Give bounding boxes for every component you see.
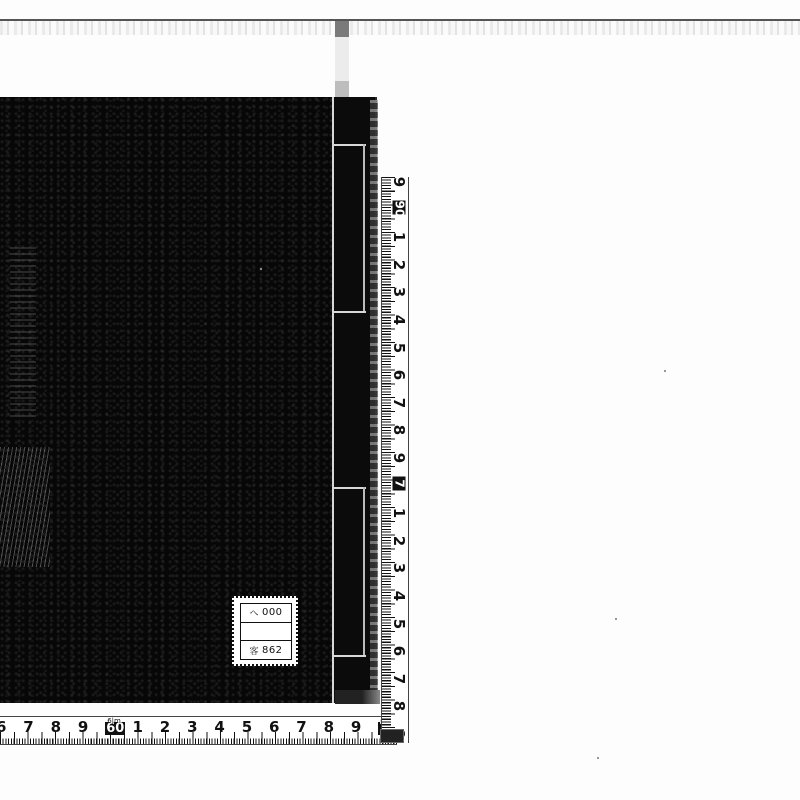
ruler-numeral: 3 xyxy=(390,285,408,299)
ruler-numeral: 9 xyxy=(351,718,361,736)
title-slip xyxy=(10,247,36,417)
ruler-numeral: 7 xyxy=(296,718,306,736)
page-edges xyxy=(370,100,378,700)
binding-stitch-2 xyxy=(334,311,366,313)
stitch-segment xyxy=(363,144,365,311)
catalog-label-frame: へ 000 客 862 xyxy=(240,603,292,660)
ruler-numeral: 2 xyxy=(160,718,170,736)
catalog-label-row-3: 客 862 xyxy=(241,641,291,659)
dust-speck xyxy=(664,370,666,372)
ruler-numeral: 9 xyxy=(390,451,408,465)
ruler-numeral: 6 xyxy=(390,644,408,658)
ruler-numeral: 7 xyxy=(390,672,408,686)
ruler-numeral: 8 xyxy=(390,423,408,437)
cover-worn-texture xyxy=(0,447,50,567)
stitch-segment xyxy=(363,487,365,655)
ruler-numeral: 7 xyxy=(393,476,406,490)
horizontal-ruler: 6789606|m12345678976 xyxy=(0,716,397,745)
label-mark: へ xyxy=(249,606,259,619)
ruler-numeral: 7 xyxy=(390,396,408,410)
ruler-numeral: 1 xyxy=(390,506,408,520)
catalog-label: へ 000 客 862 xyxy=(232,596,298,666)
scan-edge-band xyxy=(0,21,800,35)
vertical-ruler: 9901234567897123456789 xyxy=(381,177,409,743)
ruler-numeral: 1 xyxy=(133,718,143,736)
label-number: 862 xyxy=(262,645,283,656)
ruler-numeral: 6 xyxy=(0,718,6,736)
paper-flap xyxy=(335,21,349,101)
ruler-numeral: 8 xyxy=(51,718,61,736)
ruler-numeral: 6 xyxy=(269,718,279,736)
binding-thread-vertical xyxy=(332,97,334,703)
binding-stitch-3 xyxy=(334,487,366,489)
dust-speck xyxy=(597,757,599,759)
ruler-numeral: 2 xyxy=(390,534,408,548)
book-corner xyxy=(335,690,380,704)
dust-speck xyxy=(260,268,262,270)
binding-stitch-1 xyxy=(334,144,366,146)
ruler-numeral: 1 xyxy=(390,230,408,244)
ruler-numeral: 8 xyxy=(390,699,408,713)
dust-speck xyxy=(615,618,617,620)
catalog-label-row-2 xyxy=(241,623,291,642)
ruler-numeral: 5 xyxy=(242,718,252,736)
ruler-numeral: 8 xyxy=(324,718,334,736)
ruler-numeral: 2 xyxy=(390,258,408,272)
ruler-numeral: 9 xyxy=(78,718,88,736)
ruler-numeral: 7 xyxy=(23,718,33,736)
catalog-label-row-1: へ 000 xyxy=(241,604,291,623)
ruler-numeral: 4 xyxy=(214,718,224,736)
label-mark: 客 xyxy=(249,644,259,657)
ruler-numeral: 5 xyxy=(390,341,408,355)
ruler-numeral: 6 xyxy=(390,368,408,382)
ruler-numeral: 90 xyxy=(393,200,406,214)
ruler-numeral: 4 xyxy=(390,589,408,603)
binding-stitch-4 xyxy=(334,655,366,657)
ruler-numeral: 5 xyxy=(390,617,408,631)
ruler-corner-tag xyxy=(380,729,404,743)
label-number: 000 xyxy=(262,607,283,618)
ruler-unit-mark: 6|m xyxy=(107,717,121,725)
ruler-numeral: 3 xyxy=(187,718,197,736)
ruler-numeral: 9 xyxy=(390,175,408,189)
ruler-numeral: 4 xyxy=(390,313,408,327)
ruler-numeral: 3 xyxy=(390,561,408,575)
